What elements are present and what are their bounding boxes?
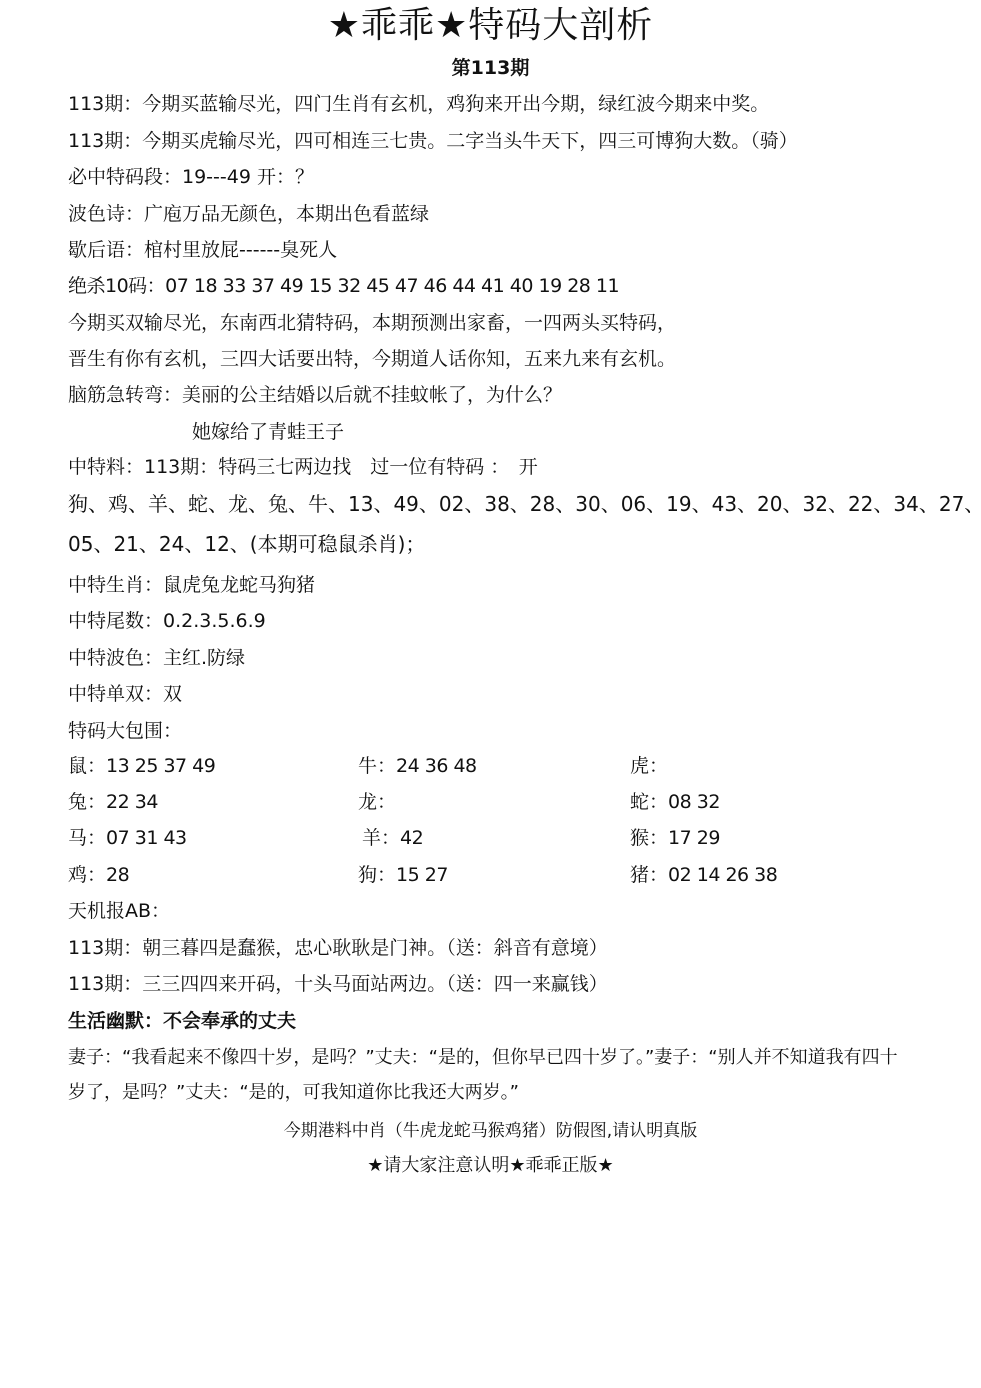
zodiac-cell-rat: 鼠：13 25 37 49 — [68, 753, 215, 779]
zodiac-cell-tiger: 虎： — [630, 753, 668, 779]
footer-note: 今期港料中肖（牛虎龙蛇马猴鸡猪）防假图,请认明真版 — [0, 1118, 981, 1144]
issue-number: 第113期 — [0, 56, 981, 80]
special-zodiacs: 中特生肖：鼠虎兔龙蛇马狗猪 — [68, 572, 315, 598]
special-material-list-2: 05、21、24、12、(本期可稳鼠杀肖)； — [68, 531, 425, 557]
zodiac-cell-pig: 猪：02 14 26 38 — [630, 862, 777, 888]
excluded-ten-codes: 绝杀10码：07 18 33 37 49 15 32 45 47 46 44 4… — [68, 273, 619, 299]
special-material-heading: 中特料：113期：特码三七两边找 过一位有特码 ： 开 — [68, 454, 538, 480]
special-odd-even: 中特单双：双 — [68, 681, 182, 707]
zodiac-cell-dog: 狗：15 27 — [358, 862, 448, 888]
page-title: ★乖乖★特码大剖析 — [0, 4, 981, 48]
zodiac-grid-heading: 特码大包围： — [68, 718, 182, 744]
riddle-question: 脑筋急转弯：美丽的公主结婚以后就不挂蚊帐了，为什么？ — [68, 382, 562, 408]
prediction-line-1: 113期：今期买蓝输尽光，四门生肖有玄机，鸡狗来开出今期，绿红波今期来中奖。 — [68, 91, 769, 117]
wave-color-poem: 波色诗：广庖万品无颜色，本期出色看蓝绿 — [68, 201, 429, 227]
humor-paragraph-2: 岁了，是吗？”丈夫：“是的，可我知道你比我还大两岁。” — [68, 1080, 519, 1106]
zodiac-cell-rabbit: 兔：22 34 — [68, 789, 158, 815]
special-wave-color: 中特波色：主红.防绿 — [68, 645, 245, 671]
tianji-a: 113期：朝三暮四是蠢猴，忠心耿耿是门神。（送：斜音有意境） — [68, 935, 608, 961]
zodiac-cell-monkey: 猴：17 29 — [630, 825, 720, 851]
xiehouyu: 歇后语：棺村里放屁------臭死人 — [68, 237, 337, 263]
zodiac-cell-ox: 牛：24 36 48 — [358, 753, 477, 779]
poem-line-1: 今期买双输尽光，东南西北猜特码，本期预测出家畜，一四两头买特码， — [68, 310, 676, 336]
special-code-range: 必中特码段：19---49 开：？ — [68, 164, 314, 190]
zodiac-cell-rooster: 鸡：28 — [68, 862, 129, 888]
footer-brand: ★请大家注意认明★乖乖正版★ — [0, 1153, 981, 1179]
tianji-b: 113期：三三四四来开码，十头马面站两边。（送：四一来赢钱） — [68, 971, 608, 997]
special-tail-numbers: 中特尾数：0.2.3.5.6.9 — [68, 608, 266, 634]
zodiac-cell-goat: 羊：42 — [362, 825, 423, 851]
humor-paragraph-1: 妻子：“我看起来不像四十岁，是吗？”丈夫：“是的，但你早已四十岁了。”妻子：“别… — [68, 1045, 898, 1071]
riddle-answer: 她嫁给了青蛙王子 — [192, 419, 344, 445]
prediction-line-2: 113期：今期买虎输尽光，四可相连三七贵。二字当头牛天下，四三可博狗大数。（骑） — [68, 128, 798, 154]
zodiac-cell-dragon: 龙： — [358, 789, 396, 815]
special-material-list-1: 狗、鸡、羊、蛇、龙、兔、牛、13、49、02、38、28、30、06、19、43… — [68, 491, 981, 517]
tianji-heading: 天机报AB： — [68, 898, 170, 924]
poem-line-2: 晋生有你有玄机，三四大话要出特，今期道人话你知，五来九来有玄机。 — [68, 346, 676, 372]
zodiac-cell-horse: 马：07 31 43 — [68, 825, 187, 851]
humor-heading: 生活幽默：不会奉承的丈夫 — [68, 1008, 296, 1034]
zodiac-cell-snake: 蛇：08 32 — [630, 789, 720, 815]
